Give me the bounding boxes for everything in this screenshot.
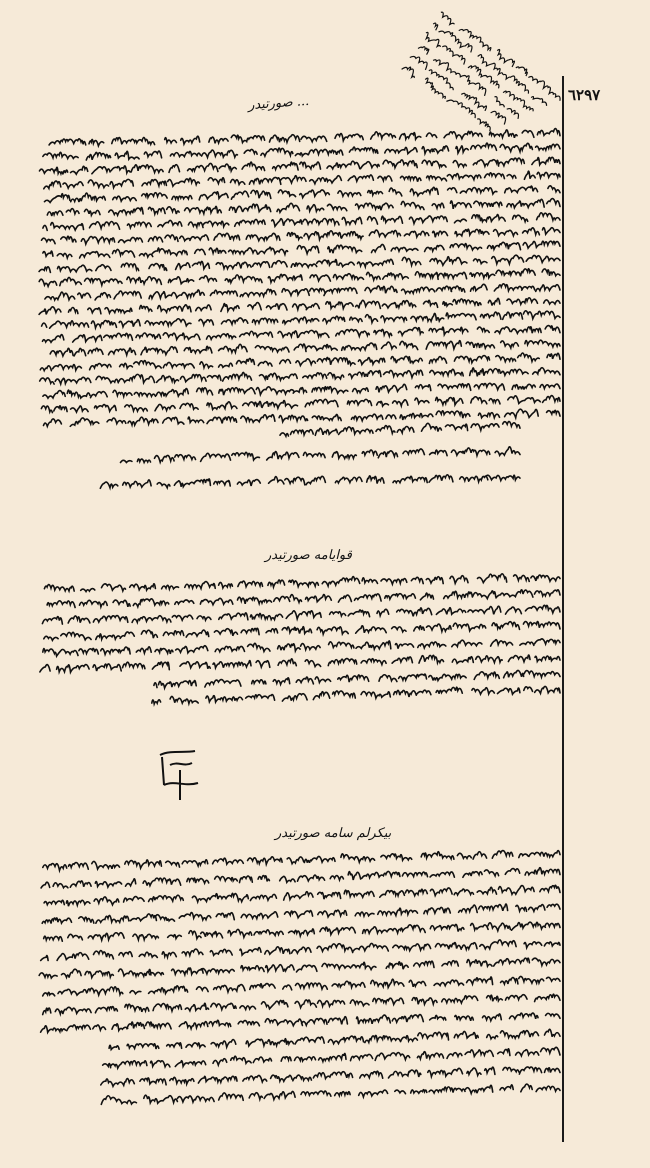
manuscript-page: ٦٢٩٧ ... صورتيدر قوايامه صورتيدر بيكرلم … xyxy=(0,0,650,1168)
signature xyxy=(150,745,210,805)
section-3-body xyxy=(40,848,560,1128)
section-1-body xyxy=(40,128,560,428)
margin-rule xyxy=(562,76,564,1142)
section-1-heading: ... صورتيدر xyxy=(248,94,310,113)
section-2-heading: قوايامه صورتيدر xyxy=(265,548,352,563)
section-3-heading: بيكرلم سامه صورتيدر xyxy=(275,826,391,841)
section-2-body xyxy=(40,572,560,722)
section-1-closing xyxy=(100,420,520,510)
